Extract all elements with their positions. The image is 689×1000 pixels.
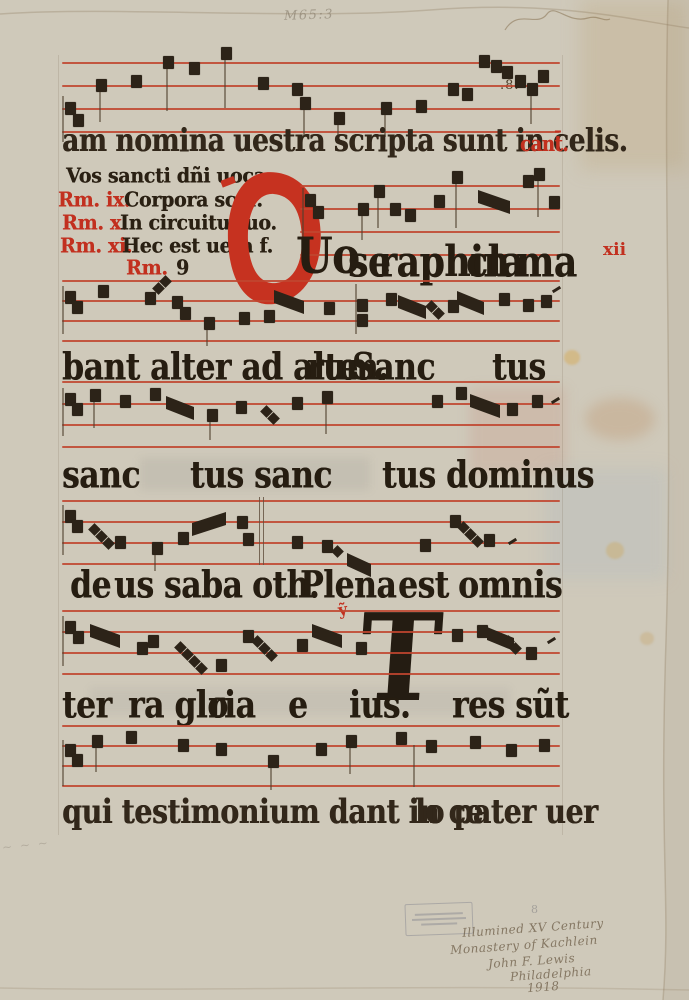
ruling-line [58,55,59,835]
staff-barline [259,497,260,565]
neume-punctum [150,388,161,401]
chant-text-word: ius. [349,683,410,727]
rubric-label: Rm. ix. [58,188,130,212]
neume-punctum [452,171,463,184]
neume-punctum [180,307,191,320]
rubric-label: Rm. x. [62,211,127,235]
neume-punctum [324,302,335,315]
neume-punctum [527,83,538,96]
neume-punctum [313,206,324,219]
neume-punctum [452,629,463,642]
neume-punctum [358,203,369,216]
neume-punctum [189,62,200,75]
neume-stem [62,286,64,334]
folio-number-red: xii [603,240,626,260]
neume-punctum [462,88,473,101]
neume-punctum [416,100,427,113]
neume-punctum [539,739,550,752]
staff-line [62,424,560,426]
staff-line [62,446,560,448]
neume-punctum [532,395,543,408]
neume-punctum [470,736,481,749]
neume-punctum [72,520,83,533]
neume-stem [62,505,64,555]
neume-punctum [432,395,443,408]
neume-punctum [374,185,385,198]
neume-punctum [163,56,174,69]
neume-punctum [386,293,397,306]
neume-punctum [491,60,502,73]
neume-punctum [145,292,156,305]
neume-punctum [506,744,517,757]
staff-line [62,500,560,502]
neume-stem [224,60,226,108]
neume-punctum [502,66,513,79]
neume-stem [455,184,457,228]
handwritten-note-line: 1918 [527,979,560,995]
staff-line [62,521,560,523]
staff-line [62,300,560,302]
rubric-label: Rm. [126,256,168,280]
neume-punctum [178,739,189,752]
neume-punctum [98,285,109,298]
neume-punctum [356,642,367,655]
neume-punctum [216,743,227,756]
neume-punctum [434,195,445,208]
neume-punctum [316,743,327,756]
neume-punctum [390,203,401,216]
neume-punctum [526,647,537,660]
staff-line [62,765,560,767]
neume-stem [349,748,351,774]
chant-text-word: res sũt [452,683,569,727]
neume-punctum [73,631,84,644]
chant-text-word: cant̄. [520,132,568,157]
neume-punctum [178,532,189,545]
neume-stem [206,330,208,346]
neume-punctum [237,516,248,529]
neume-punctum [152,542,163,555]
neume-punctum [448,83,459,96]
rubric-text: 9 [176,256,189,280]
faint-pencil-mark: 8 [531,903,538,916]
neume-punctum [264,310,275,323]
staff-line [62,108,560,110]
chant-text-word: tus sanc [190,453,332,497]
chant-text-word: tus dominus [382,453,594,497]
neume-punctum [243,533,254,546]
neume-stem [62,388,64,436]
chant-text-word: omnis [458,563,562,607]
neume-stem [377,198,379,228]
neume-punctum [204,317,215,330]
chant-text-word: est [398,563,449,607]
neume-punctum [292,536,303,549]
neume-punctum [72,403,83,416]
neume-stem [209,422,211,440]
neume-stem [62,740,64,786]
neume-punctum [396,732,407,745]
staff-line [300,208,560,210]
neume-punctum [126,731,137,744]
neume-punctum [120,395,131,408]
staff-line [62,673,560,675]
chant-text-word: us saba [114,563,242,607]
staff-line [62,280,560,282]
chant-text-word: ter [62,683,112,727]
pencil-shelfmark: M65:3 [284,7,335,24]
photo-background: M65:3 .8. xii ỹ ~ ~ ~ Vos sancti dñi uoc… [0,0,689,1000]
chant-text-word: sanc [62,453,140,497]
neume-stem [270,768,272,790]
chant-text-word: ria [208,683,255,727]
chant-text-word: e [288,683,307,727]
neume-punctum [538,70,549,83]
chant-text-word: de [70,563,111,607]
neume-stem [537,181,539,217]
neume-punctum [477,625,488,638]
neume-punctum [92,735,103,748]
neume-punctum [456,387,467,400]
neume-punctum [484,534,495,547]
neume-punctum [322,391,333,404]
neume-punctum [515,75,526,88]
neume-punctum [357,314,368,327]
staff-line [300,185,560,187]
neume-punctum [346,735,357,748]
neume-punctum [268,755,279,768]
neume-punctum [499,293,510,306]
neume-stem [413,745,415,787]
neume-punctum [90,389,101,402]
staff-line [62,381,560,383]
neume-punctum [541,295,552,308]
neume-stem [325,404,327,434]
neume-punctum [479,55,490,68]
neume-punctum [549,196,560,209]
neume-punctum [292,397,303,410]
neume-stem [99,92,101,122]
staff-line [62,320,560,322]
neume-punctum [507,403,518,416]
neume-punctum [148,635,159,648]
neume-punctum [131,75,142,88]
staff-line [62,725,560,727]
neume-punctum [297,639,308,652]
neume-punctum [534,168,545,181]
chant-text-word: ma [516,236,577,286]
neume-punctum [216,659,227,672]
neume-punctum [523,175,534,188]
neume-stem [62,616,64,666]
neume-punctum [207,409,218,422]
neume-stem [166,69,168,111]
neume-punctum [420,539,431,552]
neume-punctum [258,77,269,90]
staff-barline [263,497,264,565]
neume-punctum [239,312,250,325]
neume-punctum [72,301,83,314]
staff-line [62,745,560,747]
neume-punctum [523,299,534,312]
neume-punctum [236,401,247,414]
neume-punctum [405,209,416,222]
neume-punctum [357,299,368,312]
neume-punctum [292,83,303,96]
neume-punctum [96,79,107,92]
chant-text-word: Plena [300,563,396,607]
staff-line [62,340,560,342]
neume-punctum [115,536,126,549]
neume-stem [95,748,97,772]
staff-line [62,785,560,787]
staff-line [62,610,560,612]
neume-punctum [137,642,148,655]
neume-punctum [426,740,437,753]
neume-punctum [72,754,83,767]
chant-text-word: lo pater uer [415,793,598,832]
neume-punctum [300,97,311,110]
neume-stem [93,402,95,428]
neume-punctum [381,102,392,115]
neume-punctum [221,47,232,60]
neume-stem [530,96,532,124]
